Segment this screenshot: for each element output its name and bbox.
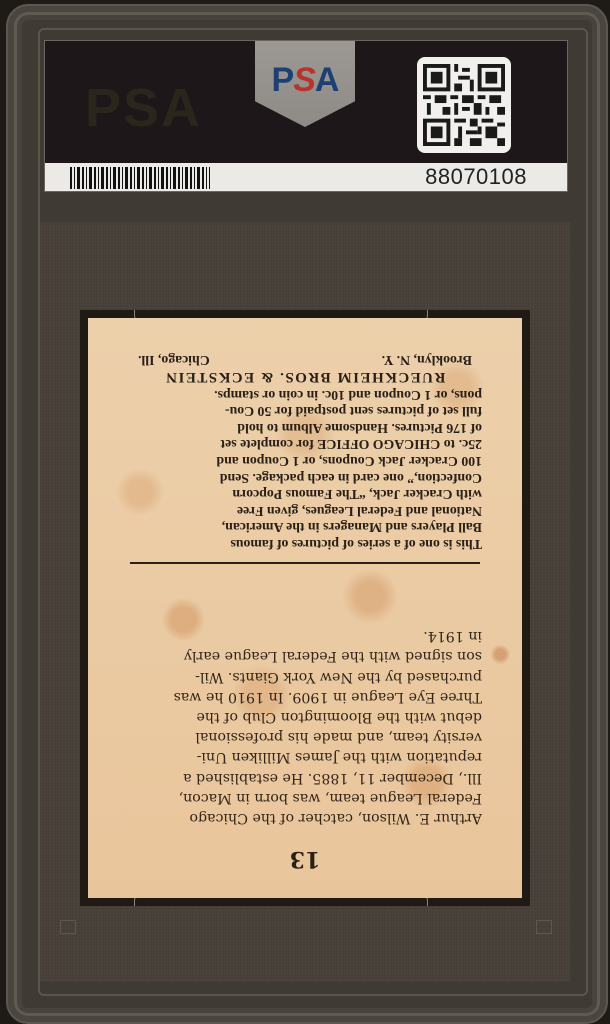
card-back: 13 Arthur E. Wilson, catcher of the Chic… xyxy=(88,318,522,898)
label-strip: 88070108 xyxy=(45,163,567,191)
holder-clip-bottom xyxy=(134,897,428,906)
qr-code-icon[interactable] xyxy=(417,57,511,153)
cert-number[interactable]: 88070108 xyxy=(425,163,527,191)
company-name: RUECKHEIM BROS. & ECKSTEIN xyxy=(128,368,482,385)
psa-label: PSA PSA 88070108 xyxy=(44,40,568,192)
cracker-jack-ad: This is one of a series of pictures of f… xyxy=(128,352,482,552)
corner-mark-left xyxy=(60,920,76,934)
barcode-icon xyxy=(70,167,210,189)
card-number: 13 xyxy=(88,846,522,872)
psa-shield-logo-icon: PSA xyxy=(255,41,355,127)
psa-watermark: PSA xyxy=(85,77,202,139)
psa-logo-text: PSA xyxy=(255,61,355,100)
address-chicago: Chicago, Ill. xyxy=(138,352,210,369)
address-brooklyn: Brooklyn, N. Y. xyxy=(382,352,472,369)
label-header: PSA PSA xyxy=(45,41,567,163)
divider-rule xyxy=(130,562,480,564)
card-holder: 13 Arthur E. Wilson, catcher of the Chic… xyxy=(80,310,530,906)
corner-mark-right xyxy=(536,920,552,934)
company-addresses: Brooklyn, N. Y. Chicago, Ill. xyxy=(128,352,482,369)
player-bio: Arthur E. Wilson, catcher of the Chicago… xyxy=(128,626,482,828)
